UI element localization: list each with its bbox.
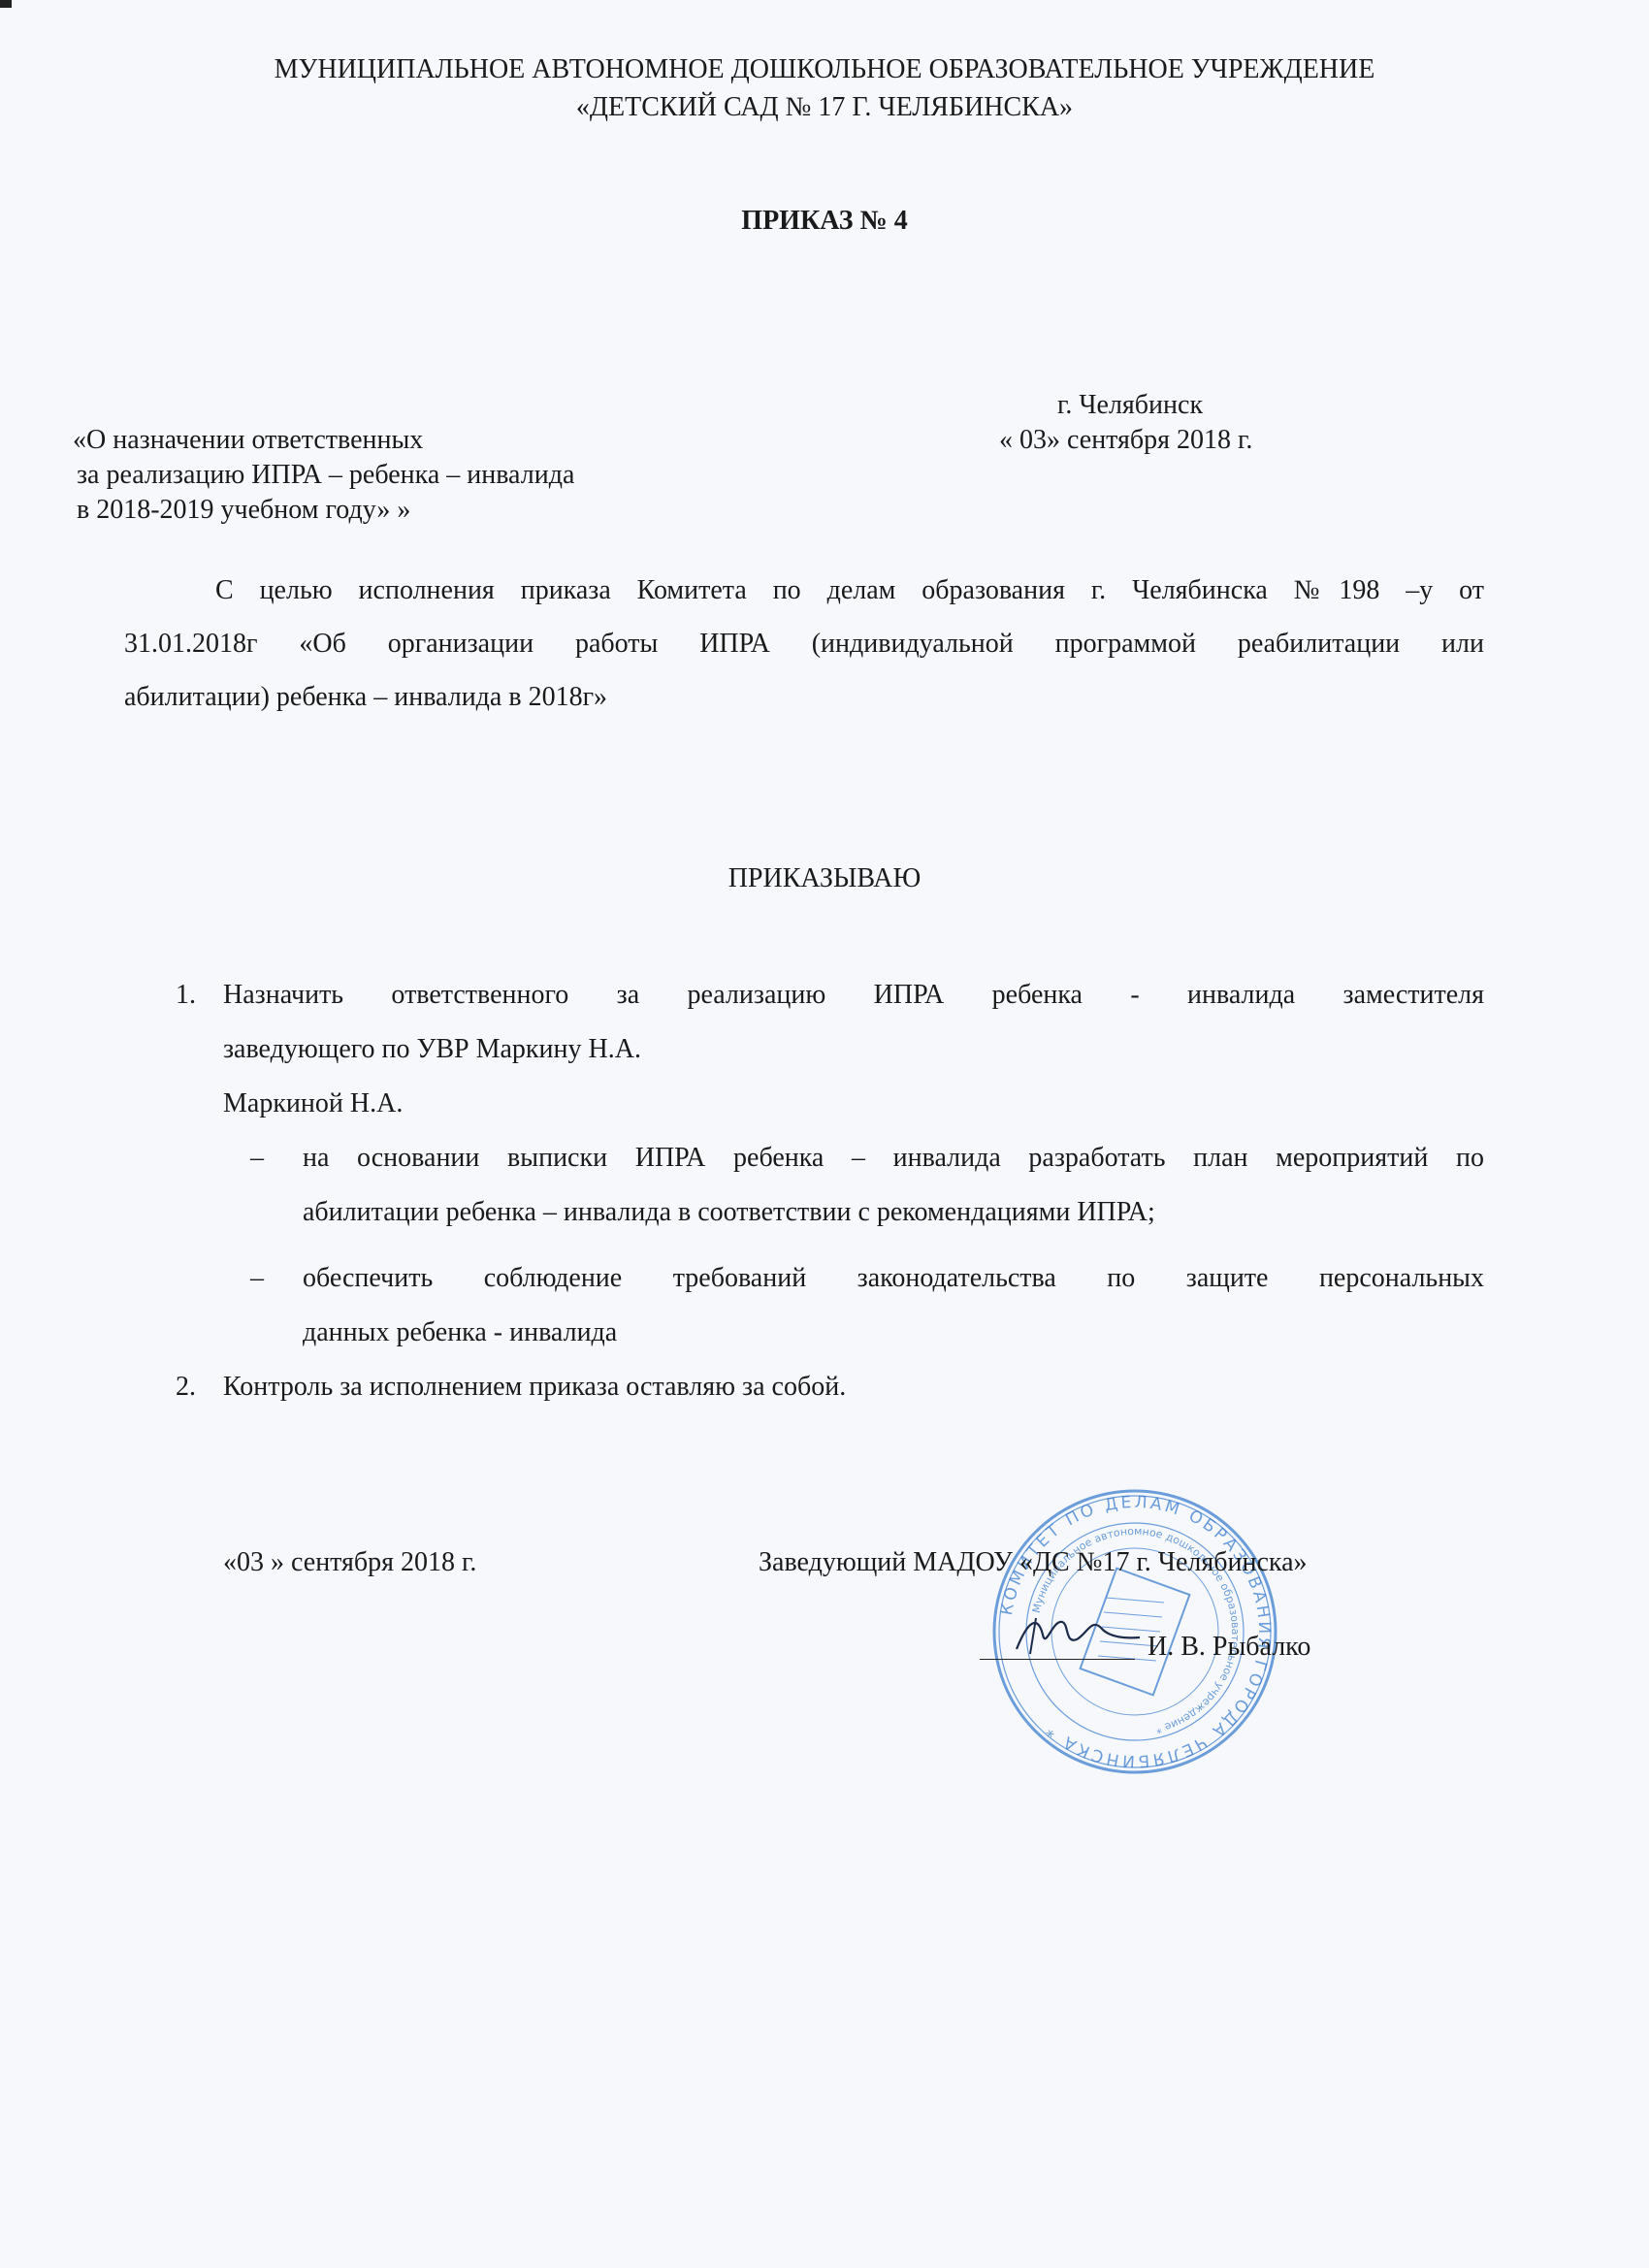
signer-position: Заведующий МАДОУ «ДС №17 г. Челябинска» xyxy=(759,1547,1308,1578)
item-1-line3: Маркиной Н.А. xyxy=(223,1088,403,1119)
subject-line1: «О назначении ответственных xyxy=(73,425,423,456)
item-2-line1: Контроль за исполнением приказа оставляю… xyxy=(223,1372,846,1403)
signature-icon xyxy=(1009,1610,1145,1659)
preamble-line2: 31.01.2018г «Об организации работы ИПРА … xyxy=(124,629,1484,660)
footer-date: «03 » сентября 2018 г. xyxy=(223,1547,476,1578)
subitem-2-bullet: – xyxy=(250,1263,264,1294)
item-1-line2: заведующего по УВР Маркину Н.А. xyxy=(223,1034,641,1065)
item-1-line1: Назначить ответственного за реализацию И… xyxy=(223,980,1484,1011)
order-date: « 03» сентября 2018 г. xyxy=(999,425,1252,456)
subitem-2-line2: данных ребенка - инвалида xyxy=(303,1317,617,1348)
city: г. Челябинск xyxy=(1057,390,1203,421)
item-2-number: 2. xyxy=(176,1372,196,1403)
institution-name-line2: «ДЕТСКИЙ САД № 17 Г. ЧЕЛЯБИНСКА» xyxy=(0,92,1649,123)
document-page: МУНИЦИПАЛЬНОЕ АВТОНОМНОЕ ДОШКОЛЬНОЕ ОБРА… xyxy=(0,0,1649,2268)
subject-line2: за реализацию ИПРА – ребенка – инвалида xyxy=(77,460,574,491)
preamble-line3: абилитации) ребенка – инвалида в 2018г» xyxy=(124,682,607,713)
institution-name-line1: МУНИЦИПАЛЬНОЕ АВТОНОМНОЕ ДОШКОЛЬНОЕ ОБРА… xyxy=(0,54,1649,85)
order-title: ПРИКАЗ № 4 xyxy=(0,206,1649,237)
subitem-1-bullet: – xyxy=(250,1143,264,1174)
subitem-1-line2: абилитации ребенка – инвалида в соответс… xyxy=(303,1197,1155,1228)
scan-corner-mark xyxy=(0,0,12,8)
item-1-number: 1. xyxy=(176,980,196,1011)
preamble-line1: С целью исполнения приказа Комитета по д… xyxy=(215,575,1484,606)
signature-line xyxy=(980,1659,1135,1660)
subitem-2-line1: обеспечить соблюдение требований законод… xyxy=(303,1263,1484,1294)
subitem-1-line1: на основании выписки ИПРА ребенка – инва… xyxy=(303,1143,1484,1174)
directive-heading: ПРИКАЗЫВАЮ xyxy=(0,863,1649,894)
signatory-name: И. В. Рыбалко xyxy=(1148,1632,1310,1663)
subject-line3: в 2018-2019 учебном году» » xyxy=(77,495,410,526)
